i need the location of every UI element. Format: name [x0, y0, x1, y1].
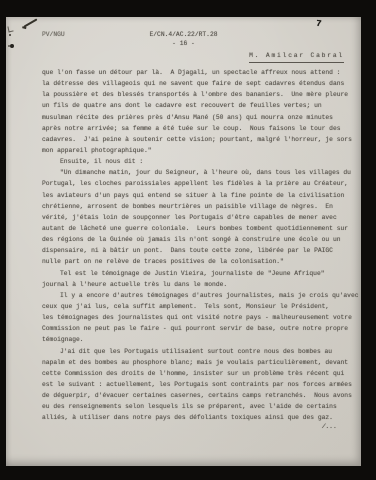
- body-line: autant de lâcheté une guerre coloniale. …: [42, 223, 358, 234]
- body-line: la détresse des villageois qui ne savent…: [42, 78, 358, 89]
- scanned-document-screen: 7 PV/NGU E/CN.4/AC.22/RT.28 - 16 - M. Am…: [0, 0, 376, 480]
- document-symbol-block: E/CN.4/AC.22/RT.28 - 16 -: [6, 31, 361, 48]
- body-line: après notre arrivée; sa femme a été tuée…: [42, 123, 358, 134]
- body-line: que l'on fasse un détour par là. A Djaga…: [42, 67, 358, 78]
- document-body: que l'on fasse un détour par là. A Djaga…: [42, 67, 358, 424]
- body-line: est le suivant : actuellement, les Portu…: [42, 379, 358, 390]
- body-line: de déguerpir, d'évacuer certaines casern…: [42, 390, 358, 401]
- body-line: mon appareil photographique.": [42, 145, 358, 156]
- body-line: Commission ne peut pas le faire - qui po…: [42, 323, 358, 334]
- body-line: dispensaire, ni à bâtir un pont. Dans to…: [42, 245, 358, 256]
- pen-check-mark: [24, 18, 38, 27]
- body-line: ceux que j'ai lus, cela suffit amplement…: [42, 301, 358, 312]
- continuation-mark: /...: [322, 423, 337, 432]
- body-line: témoignage.: [42, 334, 358, 345]
- speaker-heading: M. Amilcar Cabral: [249, 52, 344, 63]
- page-number: - 16 -: [6, 40, 361, 49]
- document-symbol: E/CN.4/AC.22/RT.28: [6, 31, 361, 40]
- body-line: alliés, à utiliser dans notre pays des d…: [42, 412, 358, 423]
- body-line: eu des renseignements selon lesquels ils…: [42, 401, 358, 412]
- body-line: J'ai dit que les Portugais utilisaient s…: [42, 346, 358, 357]
- body-line: un fils de quatre ans dont le cadavre es…: [42, 100, 358, 111]
- body-line: nulle part on ne relève de traces positi…: [42, 256, 358, 267]
- body-line: musulman récite des prières près d'Ansu …: [42, 112, 358, 123]
- body-line: napalm et des bombes au phosphore blanc;…: [42, 357, 358, 368]
- body-line: journal à l'heure actuelle très lu dans …: [42, 279, 358, 290]
- body-line: les témoignages des journalistes qui ont…: [42, 312, 358, 323]
- body-line: cadavres. J'ai peine à soutenir cette vi…: [42, 134, 358, 145]
- document-page: 7 PV/NGU E/CN.4/AC.22/RT.28 - 16 - M. Am…: [6, 17, 361, 466]
- body-line: "Un dimanche matin, jour du Seigneur, à …: [42, 167, 358, 178]
- body-line: des régions de la Guinée où jamais ils n…: [42, 234, 358, 245]
- body-line: la poussière et des blessés transportés …: [42, 89, 358, 100]
- body-line: Ensuite, il nous dit :: [42, 156, 358, 167]
- body-line: Portugal, les cloches paroissiales appel…: [42, 178, 358, 189]
- body-line: vérité, j'étais loin de soupçonner les P…: [42, 212, 358, 223]
- body-line: Tel est le témoignage de Justin Vieira, …: [42, 268, 358, 279]
- body-line: cette Commission des droits de l'homme, …: [42, 368, 358, 379]
- body-line: Il y a encore d'autres témoignages d'aut…: [42, 290, 358, 301]
- corner-pen-mark: 7: [315, 20, 321, 29]
- body-line: chrétienne, arrosent de bombes meurtrièr…: [42, 201, 358, 212]
- body-line: les aviateurs d'un pays qui entend se si…: [42, 190, 358, 201]
